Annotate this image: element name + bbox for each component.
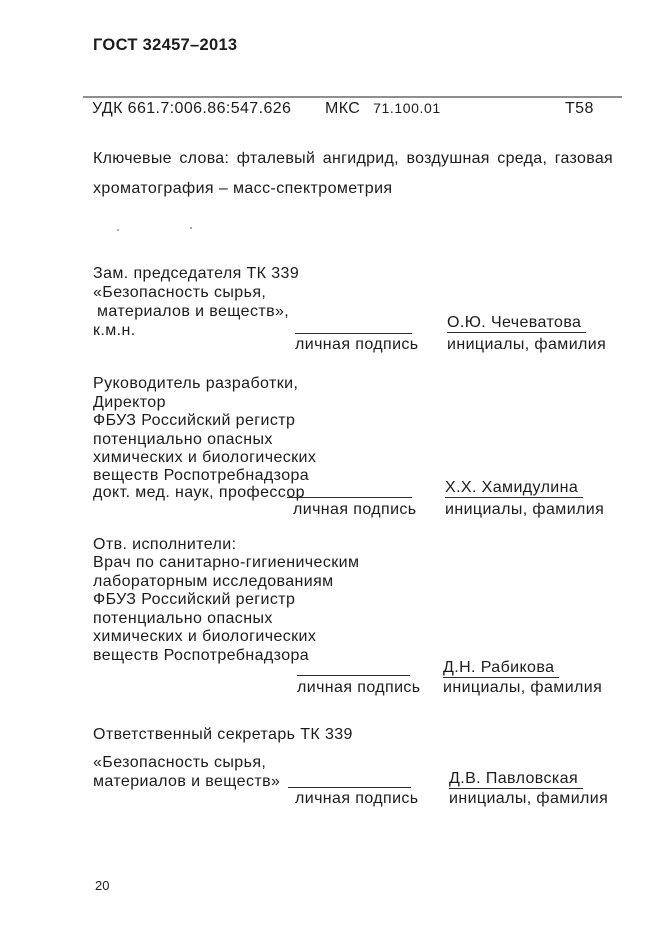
signatory-role-line: ФБУЗ Российский регистр [93, 590, 295, 609]
signatory-role-line: докт. мед. наук, профессор [93, 483, 305, 502]
signature-caption: личная подпись [295, 335, 419, 354]
signatory-role-line: ФБУЗ Российский регистр [93, 411, 295, 430]
keywords-line-2: хроматография – масс-спектрометрия [93, 179, 392, 198]
signature-caption: личная подпись [293, 500, 417, 519]
signatory-role-line: «Безопасность сырья, [93, 283, 266, 302]
signatory-role-line: потенциально опасных [93, 430, 273, 449]
signatory-role-line: к.м.н. [93, 321, 136, 340]
signatory-role-line: химических и биологических [93, 627, 316, 646]
mks-code: МКС 71.100.01 [325, 99, 441, 118]
signatory-role-line: Врач по санитарно-гигиеническим [93, 553, 359, 572]
signatory-role-line: химических и биологических [93, 448, 316, 467]
document-page: ГОСТ 32457–2013 УДК 661.7:006.86:547.626… [0, 0, 661, 935]
mks-value: 71.100.01 [373, 100, 441, 116]
signatory-name: О.Ю. Чечеватова [447, 313, 586, 333]
signature-line [288, 787, 411, 788]
signatory-role-line: лабораторным исследованиям [93, 572, 334, 591]
name-caption: инициалы, фамилия [447, 335, 606, 354]
name-caption: инициалы, фамилия [449, 789, 608, 808]
header-rule [83, 96, 622, 98]
standard-number: ГОСТ 32457–2013 [93, 36, 237, 55]
signatory-role-line: Руководитель разработки, [93, 374, 298, 393]
mks-label: МКС [325, 100, 360, 117]
signatory-name: Д.В. Павловская [449, 769, 583, 789]
signatory-role-line: «Безопасность сырья, [93, 753, 266, 772]
signatory-role-line: потенциально опасных [93, 609, 273, 628]
signatory-role-line: Зам. председателя ТК 339 [93, 264, 299, 283]
signature-caption: личная подпись [297, 678, 421, 697]
signatory-name: Х.Х. Хамидулина [445, 478, 583, 498]
signature-caption: личная подпись [295, 789, 419, 808]
name-caption: инициалы, фамилия [445, 500, 604, 519]
signatory-role-line: материалов и веществ», [97, 302, 289, 321]
scan-dot [190, 227, 192, 229]
udk-code: УДК 661.7:006.86:547.626 [92, 99, 291, 118]
signature-line [287, 497, 412, 498]
oks-code: Т58 [565, 99, 594, 118]
signatory-role-line: Директор [93, 393, 166, 412]
page-number: 20 [95, 878, 109, 893]
signature-line [295, 333, 412, 334]
signatory-name: Д.Н. Рабикова [443, 658, 559, 678]
signatory-role-line: материалов и веществ» [93, 772, 280, 791]
name-caption: инициалы, фамилия [443, 678, 602, 697]
scan-dot [117, 229, 119, 231]
keywords-line-1: Ключевые слова: фталевый ангидрид, возду… [93, 149, 613, 168]
signatory-role-line: Отв. исполнители: [93, 535, 236, 554]
signatory-role-line: Ответственный секретарь ТК 339 [93, 725, 353, 744]
signatory-role-line: веществ Роспотребнадзора [93, 646, 309, 665]
signature-line [297, 675, 410, 676]
